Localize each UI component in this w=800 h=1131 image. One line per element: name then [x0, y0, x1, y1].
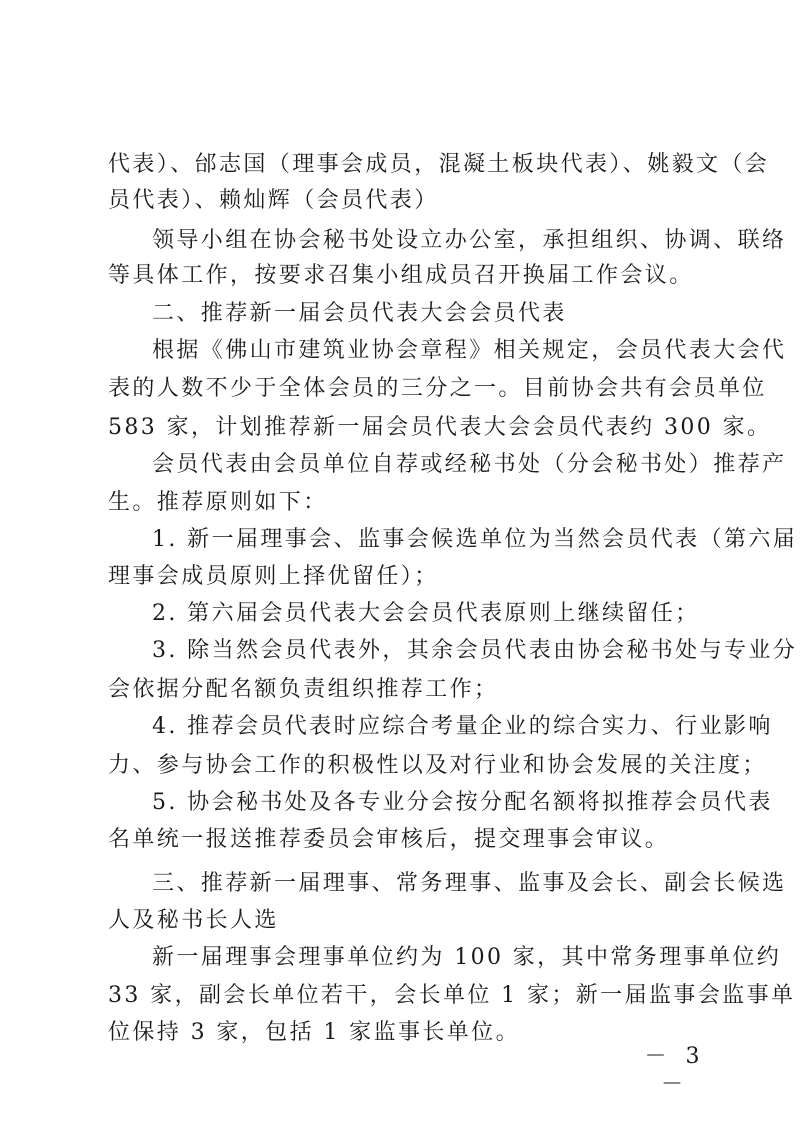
list-item-4-line-2: 力、参与协会工作的积极性以及对行业和协会发展的关注度；: [108, 752, 700, 780]
paragraph-5-line-2: 33 家，副会长单位若干，会长单位 1 家；新一届监事会监事单: [108, 982, 700, 1010]
paragraph-5-line-1: 新一届理事会理事单位约为 100 家，其中常务理事单位约: [152, 944, 700, 972]
document-page: 代表）、邰志国（理事会成员，混凝土板块代表）、姚毅文（会 员代表）、赖灿辉（会员…: [0, 0, 800, 1131]
paragraph-2-line-2: 等具体工作，按要求召集小组成员召开换届工作会议。: [108, 262, 700, 290]
list-item-3-line-1: 3. 除当然会员代表外，其余会员代表由协会秘书处与专业分: [152, 637, 700, 665]
list-item-5-line-2: 名单统一报送推荐委员会审核后，提交理事会审议。: [108, 826, 700, 854]
list-item-5-line-1: 5. 协会秘书处及各专业分会按分配名额将拟推荐会员代表: [152, 789, 700, 817]
section-heading-2: 二、推荐新一届会员代表大会会员代表: [152, 300, 700, 328]
paragraph-5-line-3: 位保持 3 家，包括 1 家监事长单位。: [108, 1019, 700, 1047]
paragraph-3-line-1: 根据《佛山市建筑业协会章程》相关规定，会员代表大会代: [152, 337, 700, 365]
paragraph-1-line-1: 代表）、邰志国（理事会成员，混凝土板块代表）、姚毅文（会: [108, 151, 700, 179]
paragraph-3-line-3: 583 家，计划推荐新一届会员代表大会会员代表约 300 家。: [108, 414, 700, 442]
list-item-1-line-2: 理事会成员原则上择优留任）；: [108, 563, 700, 591]
paragraph-4-line-2: 生。推荐原则如下：: [108, 489, 700, 517]
list-item-3-line-2: 会依据分配名额负责组织推荐工作；: [108, 676, 700, 704]
section-heading-3-line-1: 三、推荐新一届理事、常务理事、监事及会长、副会长候选: [152, 870, 700, 898]
list-item-2: 2. 第六届会员代表大会会员代表原则上继续留任；: [152, 600, 700, 628]
paragraph-4-line-1: 会员代表由会员单位自荐或经秘书处（分会秘书处）推荐产: [152, 451, 700, 479]
paragraph-2-line-1: 领导小组在协会秘书处设立办公室，承担组织、协调、联络: [152, 227, 700, 255]
section-heading-3-line-2: 人及秘书长人选: [108, 907, 700, 935]
paragraph-1-line-2: 员代表）、赖灿辉（会员代表）: [108, 187, 700, 215]
paragraph-3-line-2: 表的人数不少于全体会员的三分之一。目前协会共有会员单位: [108, 375, 700, 403]
list-item-1-line-1: 1. 新一届理事会、监事会候选单位为当然会员代表（第六届: [152, 526, 700, 554]
list-item-4-line-1: 4. 推荐会员代表时应综合考量企业的综合实力、行业影响: [152, 713, 700, 741]
page-number: － 3 －: [640, 1043, 710, 1099]
